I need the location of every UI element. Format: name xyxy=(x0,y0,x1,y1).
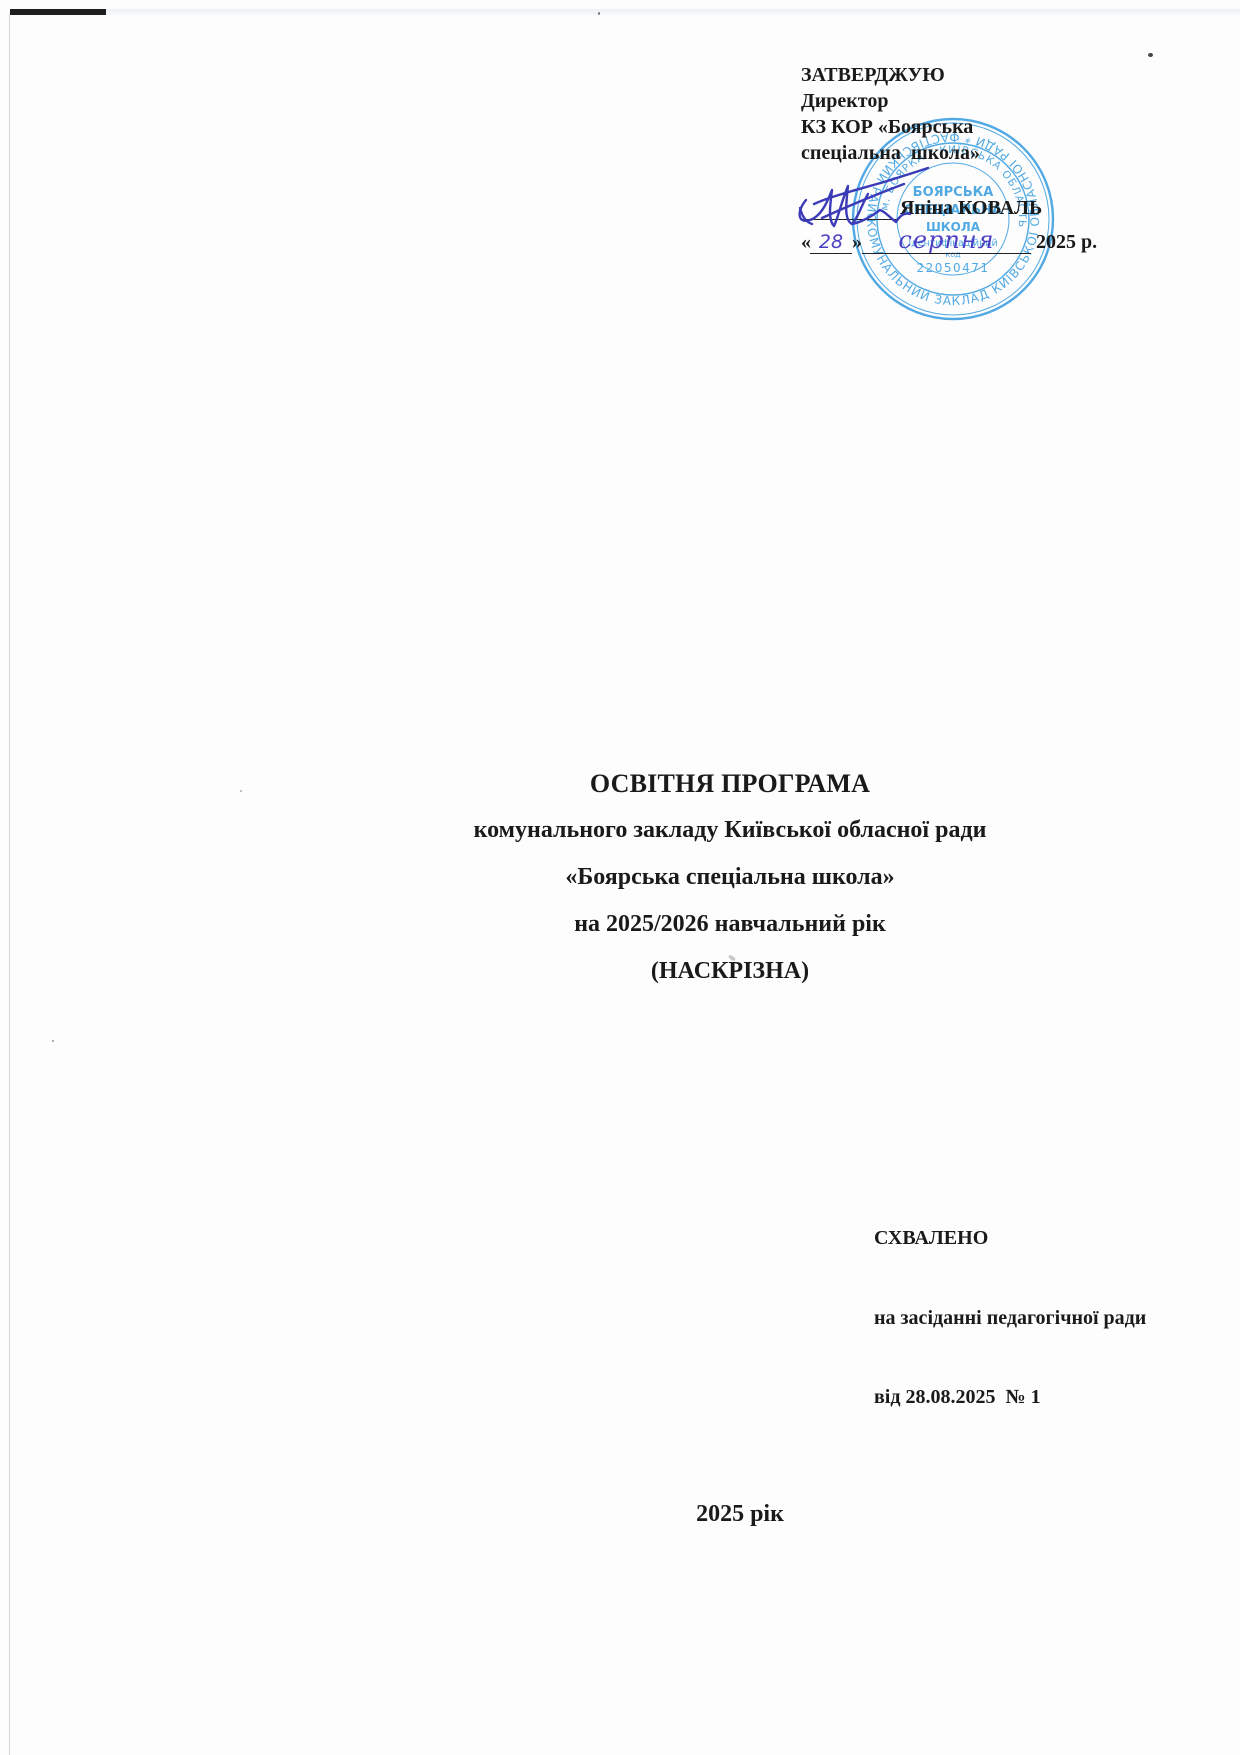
document-title: ОСВІТНЯ ПРОГРАМА xyxy=(330,760,1130,807)
scan-left-edge xyxy=(9,14,10,1755)
document-page: КОМУНАЛЬНИЙ ЗАКЛАД КИЇВСЬКОЇ ОБЛАСНОЇ РА… xyxy=(0,0,1240,1755)
approval-position: Директор xyxy=(801,88,980,114)
scan-speck xyxy=(1148,53,1153,57)
handwritten-signature xyxy=(792,160,932,240)
document-title-block: ОСВІТНЯ ПРОГРАМА комунального закладу Ки… xyxy=(330,760,1130,995)
council-heading: СХВАЛЕНО xyxy=(874,1225,1146,1252)
scan-edge-haze xyxy=(106,9,1240,15)
title-academic-year: на 2025/2026 навчальний рік xyxy=(330,901,1130,948)
date-year: 2025 р. xyxy=(1036,229,1097,255)
scan-speck xyxy=(240,790,242,792)
council-meeting: на засіданні педагогічної ради xyxy=(874,1305,1146,1332)
council-approval-block: СХВАЛЕНО на засіданні педагогічної ради … xyxy=(874,1172,1146,1464)
title-institution: комунального закладу Київської обласної … xyxy=(330,807,1130,854)
approval-institution-line1: КЗ КОР «Боярська xyxy=(801,114,980,140)
title-school-name: «Боярська спеціальна школа» xyxy=(330,854,1130,901)
council-date-number: від 28.08.2025 № 1 xyxy=(874,1384,1146,1411)
stamp-id-code: 22050471 xyxy=(916,261,989,275)
title-program-type: (НАСКРІЗНА) xyxy=(330,948,1130,995)
scan-edge-artifact xyxy=(10,9,106,15)
scan-speck xyxy=(598,12,600,15)
approval-heading: ЗАТВЕРДЖУЮ xyxy=(801,62,980,88)
document-year: 2025 рік xyxy=(540,1500,940,1528)
scan-speck xyxy=(52,1040,54,1042)
